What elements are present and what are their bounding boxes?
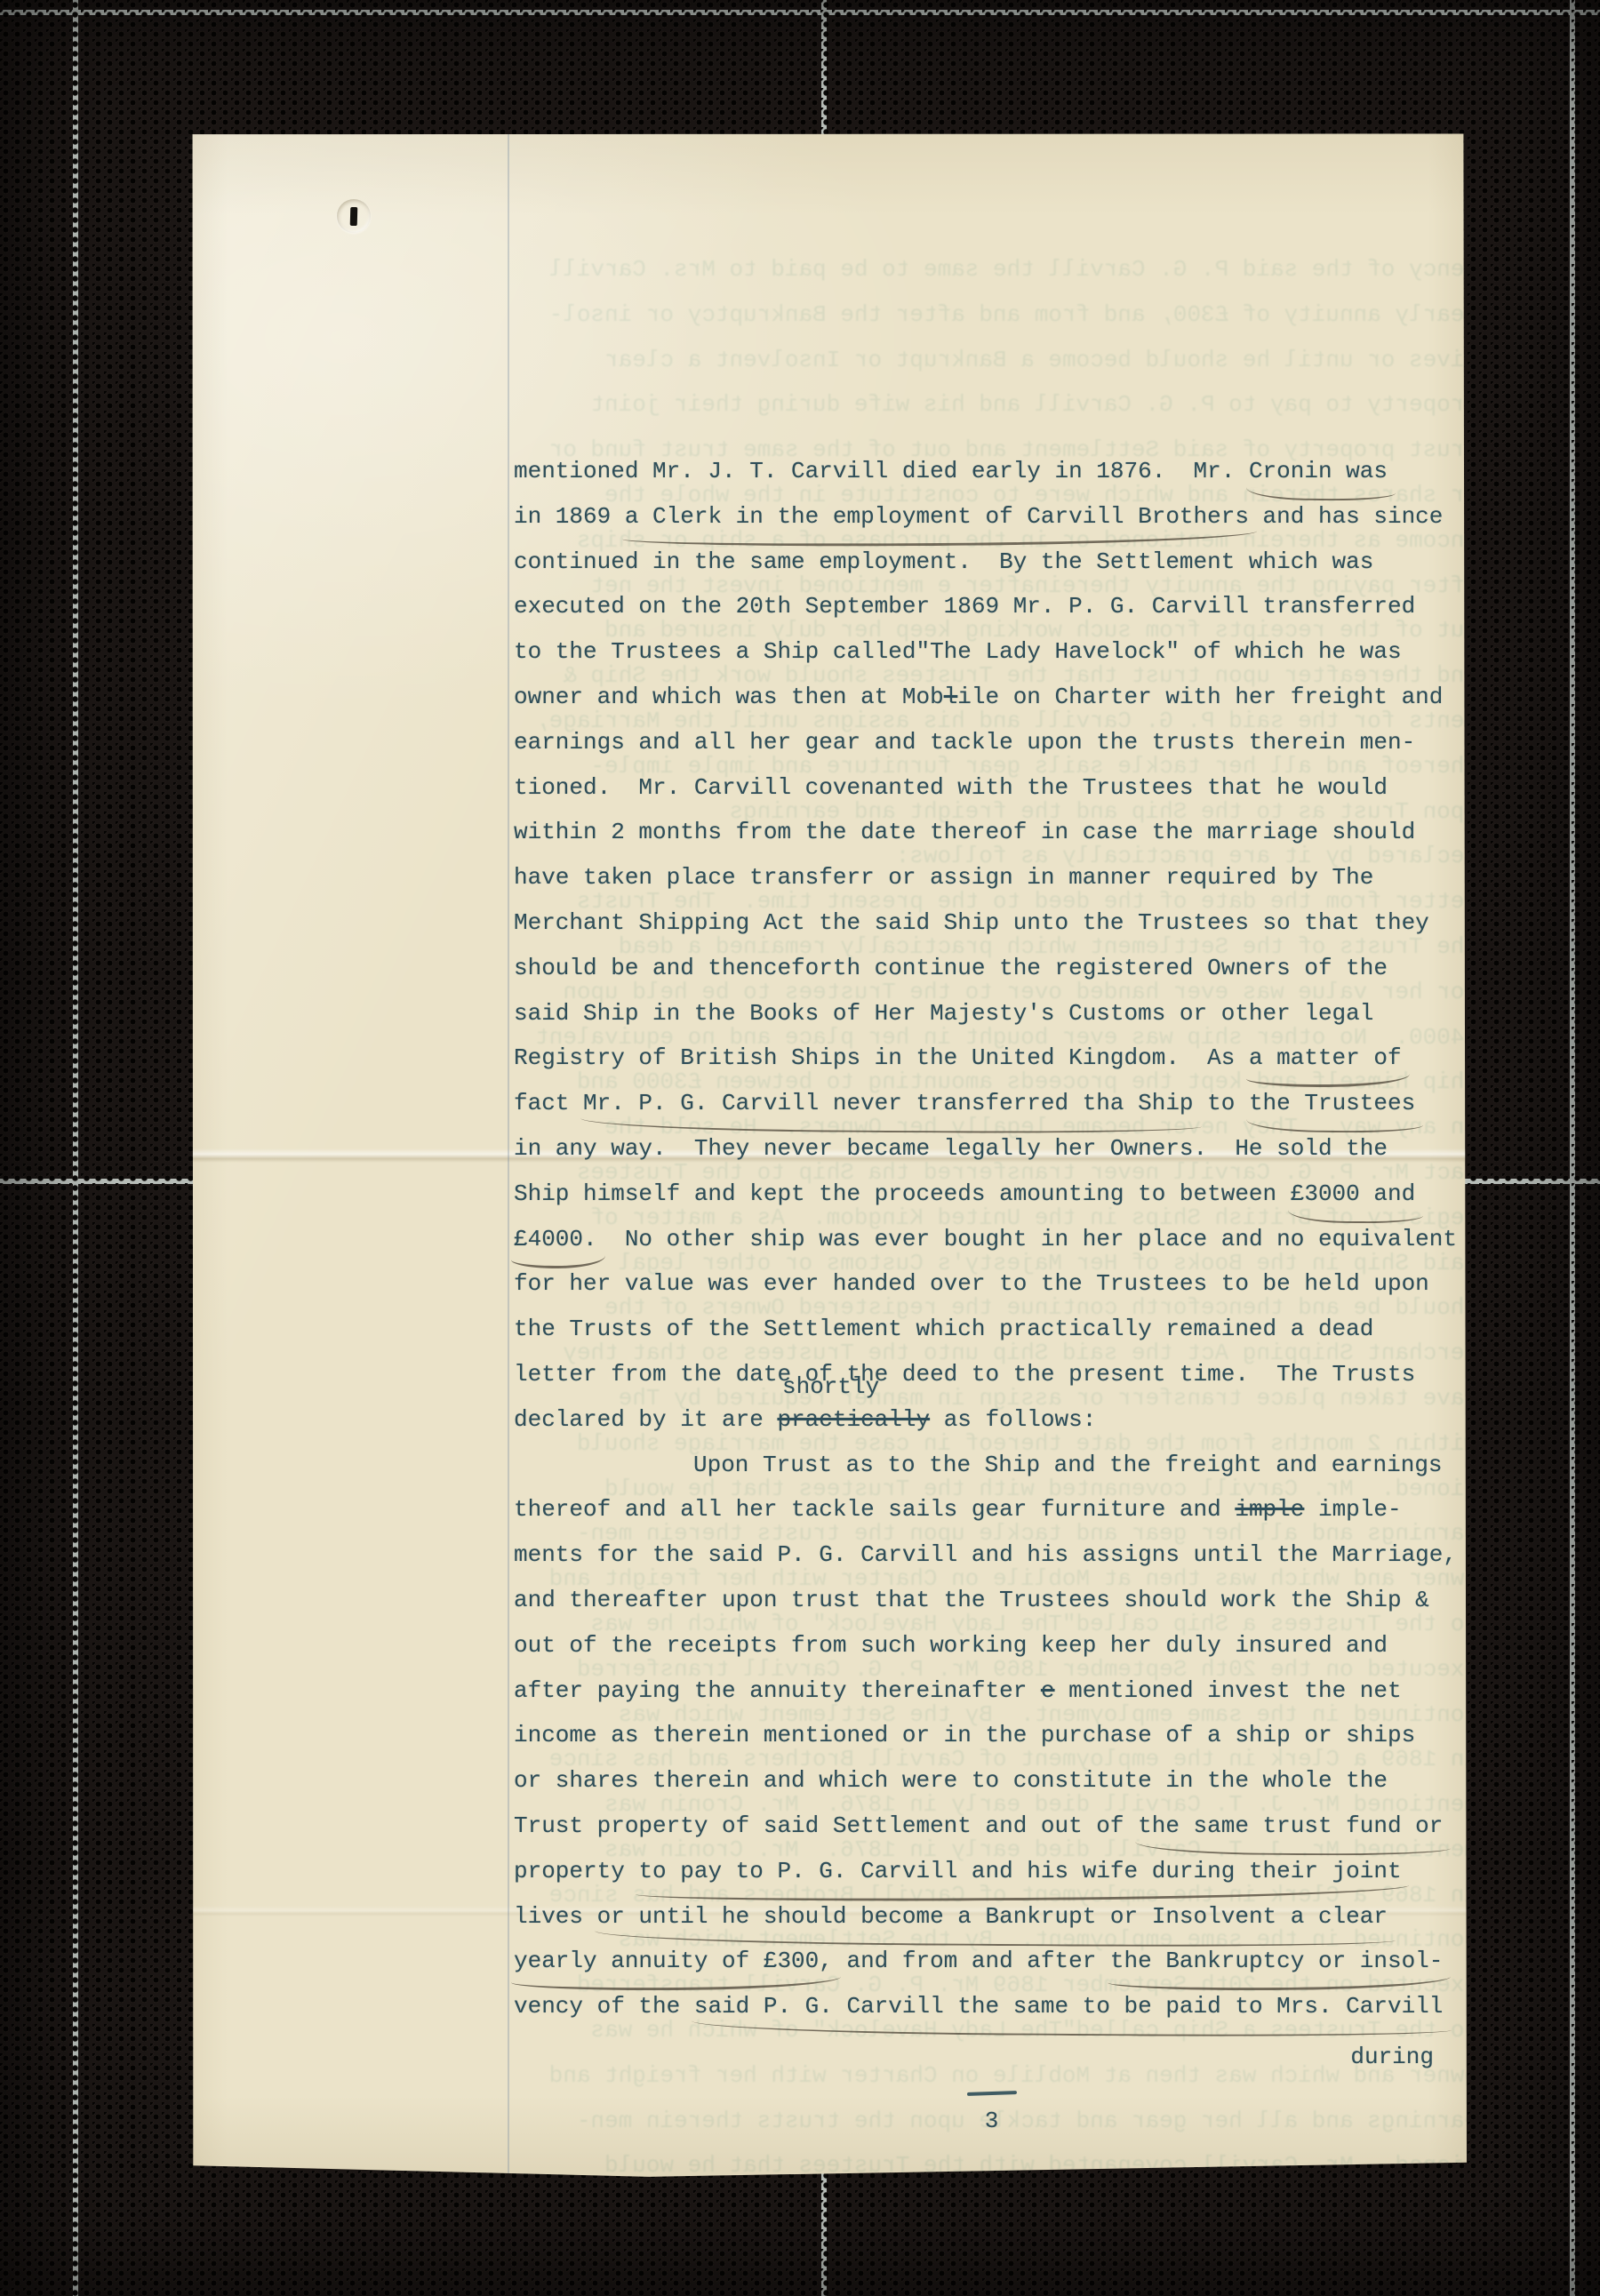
typed-text: ments for the said P. G. Carvill and his… (514, 1541, 1457, 1568)
typed-text: declared by it are (514, 1406, 777, 1433)
pen-underlined-text: £4000. (514, 1226, 597, 1252)
document-line: Trust property of said Settlement and ou… (514, 1804, 1469, 1849)
typed-text: Trust property of said Settlement and ou… (514, 1812, 1138, 1839)
document-line: out of the receipts from such working ke… (514, 1623, 1469, 1668)
typed-text: in 1869 (514, 503, 625, 530)
typed-text: in any way. They never became legally he… (514, 1135, 1388, 1162)
pen-underlined-text: to pay to P. G. Carvill and his wife dur… (638, 1858, 1401, 1884)
typed-text: to (1194, 1090, 1249, 1116)
document-line: or shares therein and which were to cons… (514, 1758, 1469, 1804)
pen-underlined-text: or until he should become a Bankrupt or … (597, 1903, 1388, 1930)
pen-underlined-text: the Trustees (1249, 1090, 1415, 1116)
pen-underlined-text: a Clerk in the employment of Carvill Bro… (625, 503, 1249, 530)
pen-underlined-text: Cronin was (1249, 458, 1388, 484)
document-line: Merchant Shipping Act the said Ship unto… (514, 900, 1469, 946)
document-body-text: mentioned Mr. J. T. Carvill died early i… (514, 449, 1469, 2134)
document-line: property to pay to P. G. Carvill and his… (514, 1849, 1469, 1894)
photographed-document-scene: { "page": { "kind": "typewritten legal d… (0, 0, 1600, 2296)
document-line: after paying the annuity thereinafter e … (514, 1668, 1469, 1714)
document-line: should be and thenceforth continue the r… (514, 946, 1469, 991)
document-line: earnings and all her gear and tackle upo… (514, 720, 1469, 765)
typed-text: owner and which was then at Mob (514, 684, 944, 710)
typed-text: the Trusts of the Settlement which pract… (514, 1316, 1373, 1342)
document-line: Ship himself and kept the proceeds amoun… (514, 1172, 1469, 1217)
page-number: 3 (514, 2099, 1469, 2134)
typed-text: income as therein mentioned or in the pu… (514, 1722, 1415, 1748)
struck-through-text: l (944, 684, 958, 710)
document-line: ments for the said P. G. Carvill and his… (514, 1532, 1469, 1578)
typed-text: should be and thenceforth continue the r… (514, 955, 1388, 981)
typed-text: to the Trustees a Ship called"The Lady H… (514, 638, 1402, 665)
struck-through-text: practically (777, 1406, 930, 1433)
pen-underlined-text: a matter of (1249, 1044, 1402, 1071)
document-line: for her value was ever handed over to th… (514, 1261, 1469, 1307)
document-line: declared by it are practically as follow… (514, 1397, 1469, 1443)
document-line: fact Mr. P. G. Carvill never transferred… (514, 1081, 1469, 1126)
typed-text: mentioned Mr. J. T. Carvill died early i… (514, 458, 1249, 484)
document-line: vency of the said P. G. Carvill the same… (514, 1984, 1469, 2029)
document-line: the Trusts of the Settlement which pract… (514, 1307, 1469, 1352)
struck-through-text: imple (1235, 1496, 1304, 1523)
typed-text: and has since (1249, 503, 1443, 530)
document-line: Registry of British Ships in the United … (514, 1036, 1469, 1081)
document-line: owner and which was then at Moblile on C… (514, 675, 1469, 720)
typed-text: Merchant Shipping Act the said Ship unto… (514, 909, 1429, 936)
typed-text: and from and after (833, 1948, 1110, 1974)
document-line: and thereafter upon trust that the Trust… (514, 1578, 1469, 1623)
document-line: continued in the same employment. By the… (514, 540, 1469, 585)
punch-hole-mark (337, 199, 371, 233)
typed-text: Upon Trust as to the Ship and the freigh… (693, 1452, 1443, 1478)
typed-text: ile on Charter with her freight and (957, 684, 1443, 710)
typed-text: said Ship in the Books of Her Majesty's … (514, 1000, 1373, 1027)
typed-text: earnings and all her gear and tackle upo… (514, 729, 1415, 756)
document-page: vency of the said P. G. Carvill the same… (189, 133, 1467, 2178)
typed-text: continued in the same employment. By the… (514, 548, 1373, 575)
document-line: within 2 months from the date thereof in… (514, 810, 1469, 855)
typed-text: thereof and all her tackle sails gear fu… (514, 1496, 1235, 1523)
page-number-rule (966, 2091, 1016, 2096)
pen-underlined-text: Mr. P. G. Carvill never transferred tha … (583, 1090, 1194, 1116)
document-line: said Ship in the Books of Her Majesty's … (514, 991, 1469, 1036)
document-line: £4000. No other ship was ever bought in … (514, 1217, 1469, 1262)
document-line: yearly annuity of £300, and from and aft… (514, 1939, 1469, 1984)
pen-underlined-text: yearly annuity of £300, (514, 1948, 833, 1974)
struck-through-text: e (1041, 1677, 1055, 1704)
typed-text: vency of the (514, 1993, 694, 2020)
typed-text: executed on the 20th September 1869 Mr. … (514, 593, 1415, 620)
typed-text: have taken place transferr or assign in … (514, 864, 1373, 891)
typed-text: No other ship was ever bought in her pla… (597, 1226, 1457, 1252)
document-line: lives or until he should become a Bankru… (514, 1894, 1469, 1940)
document-line: thereof and all her tackle sails gear fu… (514, 1487, 1469, 1532)
document-line: income as therein mentioned or in the pu… (514, 1713, 1469, 1758)
typed-text: and thereafter upon trust that the Trust… (514, 1587, 1429, 1613)
typed-text: within 2 months from the date thereof in… (514, 819, 1415, 845)
pen-underlined-text: the Bankruptcy or insol- (1110, 1948, 1443, 1974)
document-line: mentioned Mr. J. T. Carvill died early i… (514, 449, 1469, 494)
document-line: have taken place transferr or assign in … (514, 855, 1469, 900)
interline-insertion: shortly (782, 1373, 879, 1400)
typed-text: letter from the date of the deed to the … (514, 1361, 1415, 1388)
typed-text: imple- (1304, 1496, 1401, 1523)
typed-text: Ship himself and kept the proceeds amoun… (514, 1180, 1291, 1207)
typed-text: property (514, 1858, 638, 1884)
document-line: in 1869 a Clerk in the employment of Car… (514, 494, 1469, 540)
document-line: executed on the 20th September 1869 Mr. … (514, 584, 1469, 629)
typed-text: as follows: (930, 1406, 1096, 1433)
typed-text: out of the receipts from such working ke… (514, 1632, 1388, 1659)
document-line: to the Trustees a Ship called"The Lady H… (514, 629, 1469, 675)
document-line: tioned. Mr. Carvill covenanted with the … (514, 765, 1469, 811)
document-line: Upon Trust as to the Ship and the freigh… (514, 1443, 1469, 1488)
typed-text: or shares therein and which were to cons… (514, 1767, 1388, 1794)
typed-lines: mentioned Mr. J. T. Carvill died early i… (514, 449, 1469, 2029)
typed-text: mentioned invest the net (1055, 1677, 1402, 1704)
typed-text: for her value was ever handed over to th… (514, 1270, 1429, 1297)
margin-rule-line (508, 133, 509, 2178)
typed-text: tioned. Mr. Carvill covenanted with the … (514, 774, 1388, 801)
catchword: during (514, 2035, 1469, 2079)
typed-text: lives (514, 1903, 597, 1930)
pen-underlined-text: £3000 and (1291, 1180, 1415, 1207)
typed-text: fact (514, 1090, 583, 1116)
document-line: in any way. They never became legally he… (514, 1126, 1469, 1172)
pen-underlined-text: the same trust fund or (1138, 1812, 1443, 1839)
document-line: letter from the date of the deed to the … (514, 1352, 1469, 1397)
pen-underlined-text: said P. G. Carvill the same to be paid t… (694, 1993, 1444, 2020)
typed-text: Registry of British Ships in the United … (514, 1044, 1249, 1071)
typed-text: after paying the annuity thereinafter (514, 1677, 1041, 1704)
